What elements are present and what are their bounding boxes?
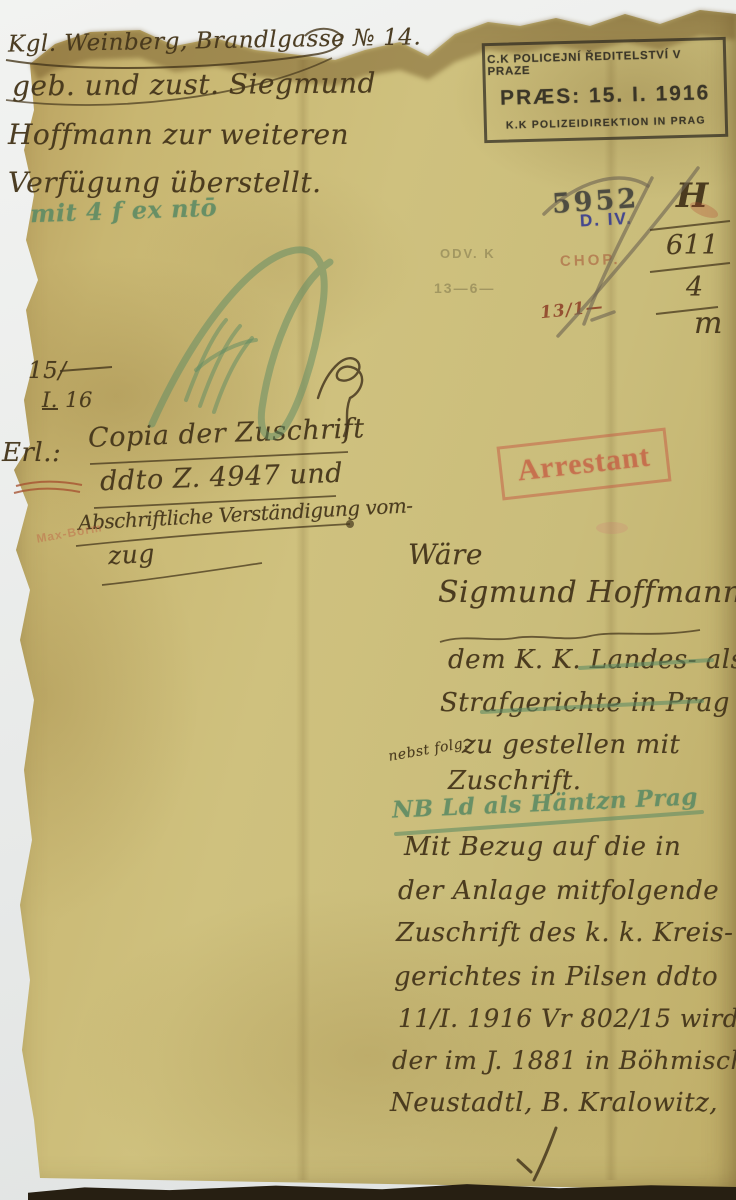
date-note-bottom: I. 16 xyxy=(42,388,93,412)
paper-crease xyxy=(296,60,310,1180)
main-line8: gerichtes in Pilsen ddto xyxy=(394,962,718,992)
stamp-german-office-line: K.K POLIZEIDIREKTION IN PRAG xyxy=(506,114,706,131)
department-stamp: D. IV. xyxy=(580,209,634,232)
stamp-praes-date: PRÆS: 15. I. 1916 xyxy=(500,81,711,110)
main-line7: Zuschrift des k. k. Kreis- xyxy=(396,918,733,948)
police-registry-stamp: C.K POLICEJNÍ ŘEDITELSTVÍ V PRAZE PRÆS: … xyxy=(482,37,729,143)
faint-stamp-line2: 13—6— xyxy=(434,280,495,296)
address-note-line2: geb. und zust. Siegmund xyxy=(12,66,376,102)
main-heading: Wäre xyxy=(408,538,483,571)
main-line9: 11/I. 1916 Vr 802/15 wird xyxy=(398,1004,736,1033)
stamp-czech-office-line: C.K POLICEJNÍ ŘEDITELSTVÍ V PRAZE xyxy=(487,48,722,78)
date-note-top: 15/ xyxy=(28,358,67,384)
main-line5: Mit Bezug auf die in xyxy=(404,832,681,862)
main-line3: zu gestellen mit xyxy=(462,730,680,760)
ref-column-value1: 611 xyxy=(666,230,719,261)
faint-stamp-line1: ODV. K xyxy=(440,246,496,261)
main-line10: der im J. 1881 in Böhmisch xyxy=(392,1046,736,1075)
subject-name: Sigmund Hoffmann xyxy=(438,575,736,610)
main-line2: Strafgerichte in Prag xyxy=(440,688,730,718)
ref-column-letter: H xyxy=(676,176,709,216)
disposition-label: Erl.: xyxy=(2,438,61,468)
main-line6: der Anlage mitfolgende xyxy=(398,876,719,906)
ref-column-value2: 4 xyxy=(686,272,704,303)
address-note-line3: Hoffmann zur weiteren xyxy=(8,118,349,151)
chop-stamp: CHOP. xyxy=(560,251,621,270)
scanned-document: Kgl. Weinberg, Brandlgasse № 14. geb. un… xyxy=(0,0,736,1200)
disposition-line4: zug xyxy=(107,539,155,570)
date-year: 16 xyxy=(58,388,93,412)
main-line1: dem K. K. Landes- als xyxy=(448,645,736,675)
date-month: I. xyxy=(42,388,58,412)
ref-column-flourish: m xyxy=(694,306,723,341)
arrestant-stamp-text: Arrestant xyxy=(516,440,652,489)
main-line11: Neustadtl, B. Kralowitz, xyxy=(390,1088,718,1118)
